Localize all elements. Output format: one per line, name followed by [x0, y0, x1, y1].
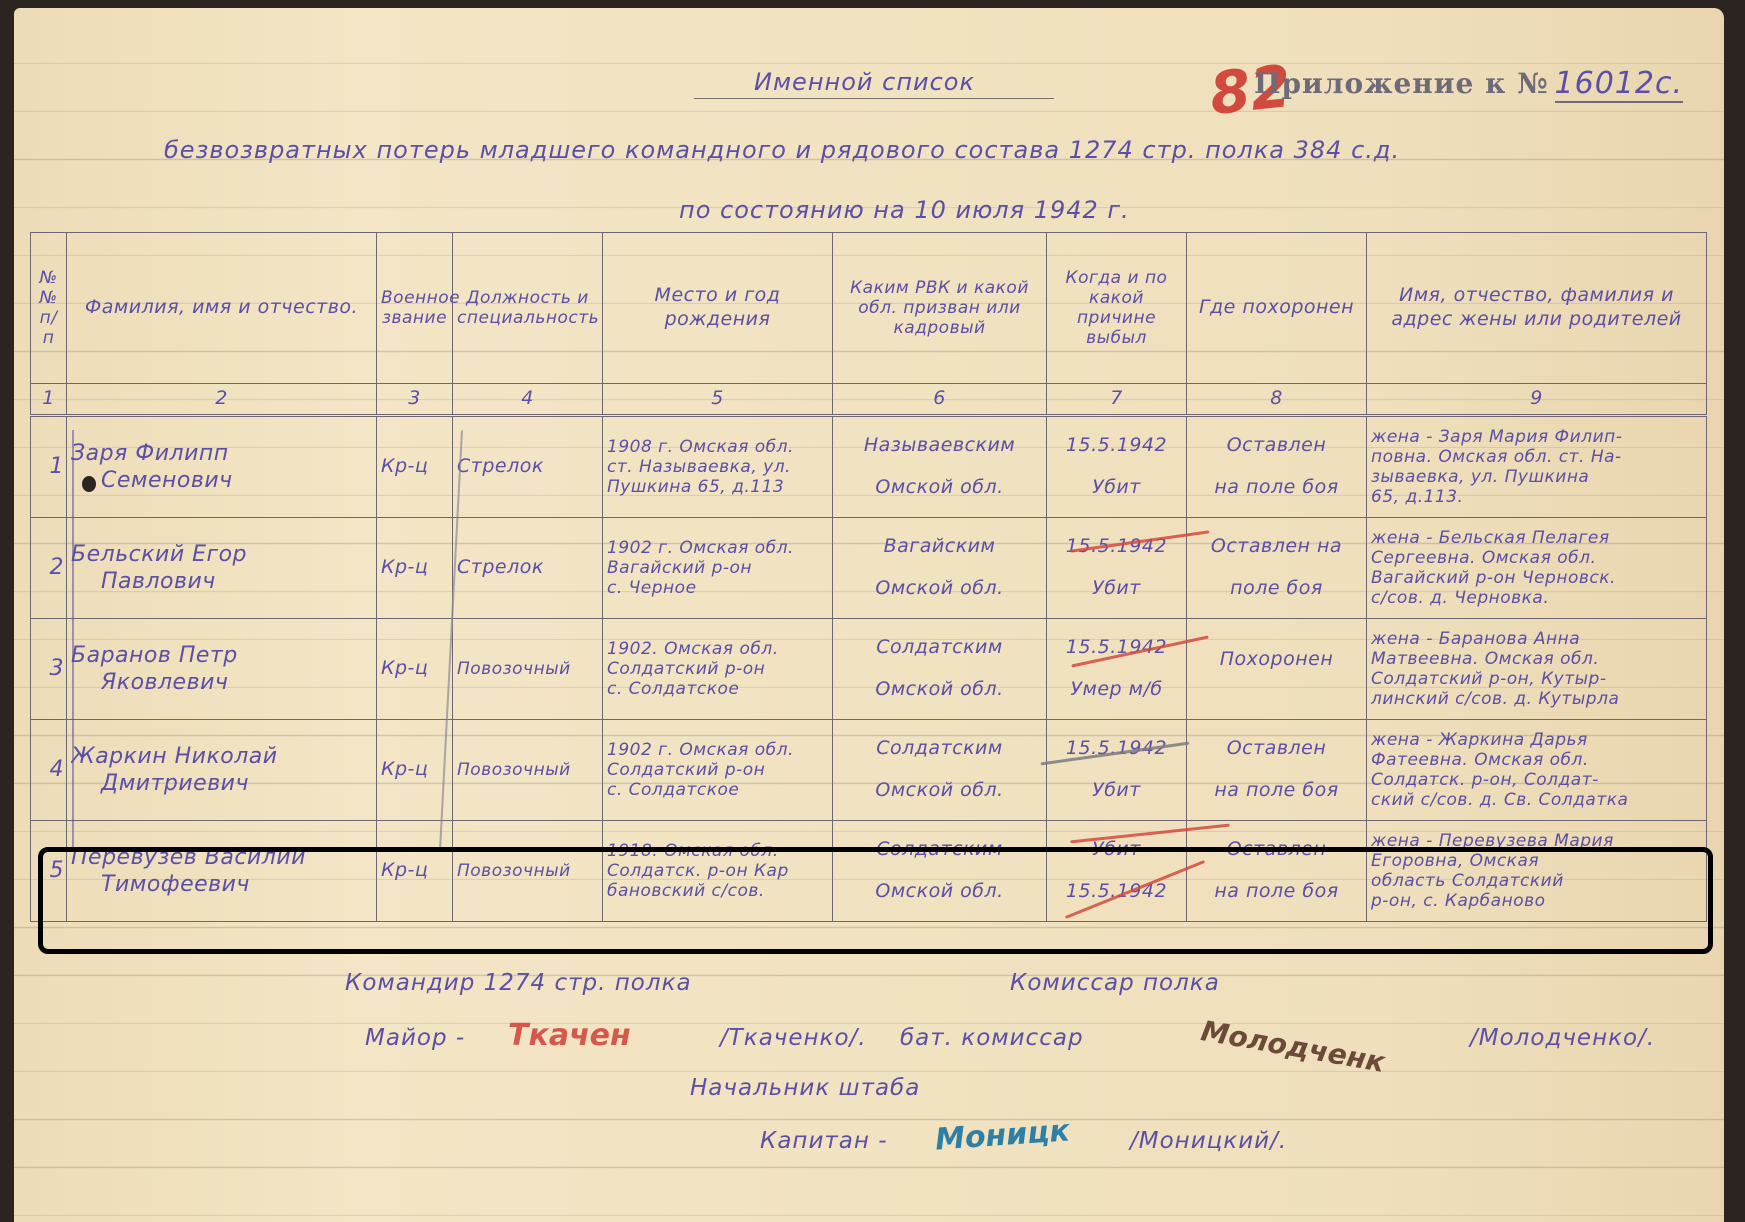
conscription: Солдатским Омской обл. — [833, 821, 1047, 922]
relatives-line: Солдатск. р-он, Солдат- — [1371, 770, 1702, 790]
conscription: Вагайским Омской обл. — [833, 518, 1047, 619]
row-number: 1 — [31, 416, 67, 518]
birth-place: 1908 г. Омская обл. ст. Называевка, ул. … — [603, 416, 833, 518]
rvk-line: Солдатским — [837, 636, 1042, 660]
rvk-line: Омской обл. — [837, 678, 1042, 702]
surname-firstname: Заря Филипп — [71, 440, 372, 468]
burial-place: Оставлен на поле боя — [1187, 821, 1367, 922]
relatives-line: р-он, с. Карбаново — [1371, 891, 1702, 911]
relatives-address: жена - Баранова Анна Матвеевна. Омская о… — [1367, 619, 1707, 720]
patronymic: Семенович — [71, 467, 372, 495]
military-rank: Кр-ц — [377, 619, 453, 720]
header-relatives: Имя, отчество, фамилия и адрес жены или … — [1367, 233, 1707, 384]
col-num: 5 — [603, 384, 833, 416]
table-row-highlighted: 5 Перевузев Василий Тимофеевич Кр-ц Пово… — [31, 821, 1707, 922]
header-rvk: Каким РВК и какой обл. призван или кадро… — [833, 233, 1047, 384]
rvk-line: Солдатским — [837, 838, 1042, 862]
patronymic: Яковлевич — [71, 669, 372, 697]
table-row: 4 Жаркин Николай Дмитриевич Кр-ц Повозоч… — [31, 720, 1707, 821]
relatives-address: жена - Жаркина Дарья Фатеевна. Омская об… — [1367, 720, 1707, 821]
table-row: 2 Бельский Егор Павлович Кр-ц Стрелок 19… — [31, 518, 1707, 619]
surname-firstname: Бельский Егор — [71, 541, 372, 569]
relatives-address: жена - Заря Мария Филип- повна. Омская о… — [1367, 416, 1707, 518]
relatives-line: жена - Заря Мария Филип- — [1371, 427, 1702, 447]
birth-line: с. Солдатское — [607, 780, 828, 800]
chief-of-staff-rank: Капитан - — [760, 1128, 888, 1154]
row-number: 2 — [31, 518, 67, 619]
burial-place: Похоронен — [1187, 619, 1367, 720]
relatives-line: Фатеевна. Омская обл. — [1371, 750, 1702, 770]
burial-place: Оставлен на поле боя — [1187, 416, 1367, 518]
birth-line: Солдатский р-он — [607, 659, 828, 679]
buried-line: Похоронен — [1191, 648, 1362, 672]
appendix-stamp: Приложение к №16012с. — [1254, 66, 1683, 101]
soldier-name: Баранов Петр Яковлевич — [67, 619, 377, 720]
birth-line: 1902. Омская обл. — [607, 639, 828, 659]
when-line: Умер м/б — [1051, 678, 1182, 702]
commander-signature: Ткачен — [508, 1018, 631, 1053]
rvk-line: Называевским — [837, 434, 1042, 458]
date-cause: 15.5.1942 Убит — [1047, 518, 1187, 619]
col-num: 8 — [1187, 384, 1367, 416]
col-num: 7 — [1047, 384, 1187, 416]
commander-title: Командир 1274 стр. полка — [345, 970, 692, 996]
document-subheading: безвозвратных потерь младшего командного… — [164, 136, 1400, 164]
chief-of-staff-title: Начальник штаба — [690, 1075, 920, 1101]
row-number: 4 — [31, 720, 67, 821]
buried-line: Оставлен на — [1191, 535, 1362, 559]
birth-line: Пушкина 65, д.113 — [607, 477, 828, 497]
header-position: Должность и специальность — [453, 233, 603, 384]
burial-place: Оставлен на поле боя — [1187, 720, 1367, 821]
when-line: Убит — [1051, 779, 1182, 803]
relatives-line: Сергеевна. Омская обл. — [1371, 548, 1702, 568]
relatives-line: Егоровна, Омская — [1371, 851, 1702, 871]
birth-place: 1902 г. Омская обл. Солдатский р-он с. С… — [603, 720, 833, 821]
commander-name: /Ткаченко/. — [720, 1025, 867, 1051]
birth-place: 1902. Омская обл. Солдатский р-он с. Сол… — [603, 619, 833, 720]
header-birth: Место и год рождения — [603, 233, 833, 384]
conscription: Называевским Омской обл. — [833, 416, 1047, 518]
conscription: Солдатским Омской обл. — [833, 720, 1047, 821]
relatives-line: линский с/сов. д. Кутырла — [1371, 689, 1702, 709]
birth-line: ст. Называевка, ул. — [607, 457, 828, 477]
relatives-line: жена - Баранова Анна — [1371, 629, 1702, 649]
relatives-line: 65, д.113. — [1371, 487, 1702, 507]
buried-line: Оставлен — [1191, 838, 1362, 862]
relatives-line: ский с/сов. д. Св. Солдатка — [1371, 790, 1702, 810]
military-rank: Кр-ц — [377, 518, 453, 619]
commissar-rank: бат. комиссар — [900, 1025, 1084, 1051]
relatives-line: зываевка, ул. Пушкина — [1371, 467, 1702, 487]
soldier-name: Перевузев Василий Тимофеевич — [67, 821, 377, 922]
buried-line: Оставлен — [1191, 434, 1362, 458]
header-rank: Военное звание — [377, 233, 453, 384]
stamp-label: Приложение к № — [1254, 67, 1549, 100]
buried-line: поле боя — [1191, 577, 1362, 601]
document-heading: Именной список — [754, 68, 975, 96]
relatives-line: жена - Жаркина Дарья — [1371, 730, 1702, 750]
when-line: Убит — [1051, 476, 1182, 500]
patronymic: Дмитриевич — [71, 770, 372, 798]
birth-line: бановский с/сов. — [607, 881, 828, 901]
header-when: Когда и по какой причине выбыл — [1047, 233, 1187, 384]
birth-line: Вагайский р-он — [607, 558, 828, 578]
relatives-line: Вагайский р-он Черновск. — [1371, 568, 1702, 588]
buried-line: на поле боя — [1191, 880, 1362, 904]
column-number-row: 1 2 3 4 5 6 7 8 9 — [31, 384, 1707, 416]
burial-place: Оставлен на поле боя — [1187, 518, 1367, 619]
relatives-address: жена - Бельская Пелагея Сергеевна. Омска… — [1367, 518, 1707, 619]
birth-line: 1902 г. Омская обл. — [607, 538, 828, 558]
birth-place: 1902 г. Омская обл. Вагайский р-он с. Че… — [603, 518, 833, 619]
soldier-name: Заря Филипп Семенович — [67, 416, 377, 518]
commander-rank: Майор - — [365, 1025, 465, 1051]
patronymic: Тимофеевич — [71, 871, 372, 899]
rvk-line: Омской обл. — [837, 476, 1042, 500]
birth-line: 1918. Омская обл. — [607, 841, 828, 861]
col-num: 2 — [67, 384, 377, 416]
relatives-line: жена - Бельская Пелагея — [1371, 528, 1702, 548]
header-name: Фамилия, имя и отчество. — [67, 233, 377, 384]
check-mark-line — [72, 430, 74, 850]
birth-line: Солдатский р-он — [607, 760, 828, 780]
col-num: 1 — [31, 384, 67, 416]
surname-firstname: Баранов Петр — [71, 642, 372, 670]
row-number: 3 — [31, 619, 67, 720]
birth-place: 1918. Омская обл. Солдатск. р-он Кар бан… — [603, 821, 833, 922]
patronymic: Павлович — [71, 568, 372, 596]
when-line: 15.5.1942 — [1051, 880, 1182, 904]
birth-line: 1908 г. Омская обл. — [607, 437, 828, 457]
soldier-name: Жаркин Николай Дмитриевич — [67, 720, 377, 821]
table-row: 1 Заря Филипп Семенович Кр-ц Стрелок 190… — [31, 416, 1707, 518]
document-date-line: по состоянию на 10 июля 1942 г. — [679, 196, 1130, 224]
birth-line: Солдатск. р-он Кар — [607, 861, 828, 881]
buried-line: на поле боя — [1191, 476, 1362, 500]
col-num: 9 — [1367, 384, 1707, 416]
relatives-line: Матвеевна. Омская обл. — [1371, 649, 1702, 669]
header-num: №№ п/п — [31, 233, 67, 384]
position: Повозочный — [453, 720, 603, 821]
date-cause: 15.5.1942 Умер м/б — [1047, 619, 1187, 720]
buried-line: Оставлен — [1191, 737, 1362, 761]
col-num: 4 — [453, 384, 603, 416]
relatives-line: с/сов. д. Черновка. — [1371, 588, 1702, 608]
rvk-line: Омской обл. — [837, 779, 1042, 803]
relatives-line: Солдатский р-он, Кутыр- — [1371, 669, 1702, 689]
relatives-line: жена - Перевузева Мария — [1371, 831, 1702, 851]
heading-underline — [694, 98, 1054, 99]
header-row: №№ п/п Фамилия, имя и отчество. Военное … — [31, 233, 1707, 384]
header-buried: Где похоронен — [1187, 233, 1367, 384]
rvk-line: Вагайским — [837, 535, 1042, 559]
relatives-line: повна. Омская обл. ст. На- — [1371, 447, 1702, 467]
relatives-address: жена - Перевузева Мария Егоровна, Омская… — [1367, 821, 1707, 922]
position: Повозочный — [453, 619, 603, 720]
rvk-line: Солдатским — [837, 737, 1042, 761]
surname-firstname: Жаркин Николай — [71, 743, 372, 771]
date-cause: 15.5.1942 Убит — [1047, 720, 1187, 821]
when-line: 15.5.1942 — [1051, 434, 1182, 458]
col-num: 3 — [377, 384, 453, 416]
stamp-number: 16012с. — [1555, 66, 1683, 103]
table-row: 3 Баранов Петр Яковлевич Кр-ц Повозочный… — [31, 619, 1707, 720]
buried-line: на поле боя — [1191, 779, 1362, 803]
row-number: 5 — [31, 821, 67, 922]
commissar-title: Комиссар полка — [1010, 970, 1220, 996]
position: Стрелок — [453, 416, 603, 518]
military-rank: Кр-ц — [377, 416, 453, 518]
commissar-name: /Молодченко/. — [1470, 1025, 1655, 1051]
chief-of-staff-name: /Моницкий/. — [1130, 1128, 1287, 1154]
position: Стрелок — [453, 518, 603, 619]
rvk-line: Омской обл. — [837, 577, 1042, 601]
soldier-name: Бельский Егор Павлович — [67, 518, 377, 619]
rvk-line: Омской обл. — [837, 880, 1042, 904]
birth-line: с. Черное — [607, 578, 828, 598]
position: Повозочный — [453, 821, 603, 922]
conscription: Солдатским Омской обл. — [833, 619, 1047, 720]
col-num: 6 — [833, 384, 1047, 416]
relatives-line: область Солдатский — [1371, 871, 1702, 891]
when-line: Убит — [1051, 577, 1182, 601]
losses-table: №№ п/п Фамилия, имя и отчество. Военное … — [30, 232, 1707, 922]
date-cause: 15.5.1942 Убит — [1047, 416, 1187, 518]
birth-line: с. Солдатское — [607, 679, 828, 699]
surname-firstname: Перевузев Василий — [71, 844, 372, 872]
birth-line: 1902 г. Омская обл. — [607, 740, 828, 760]
